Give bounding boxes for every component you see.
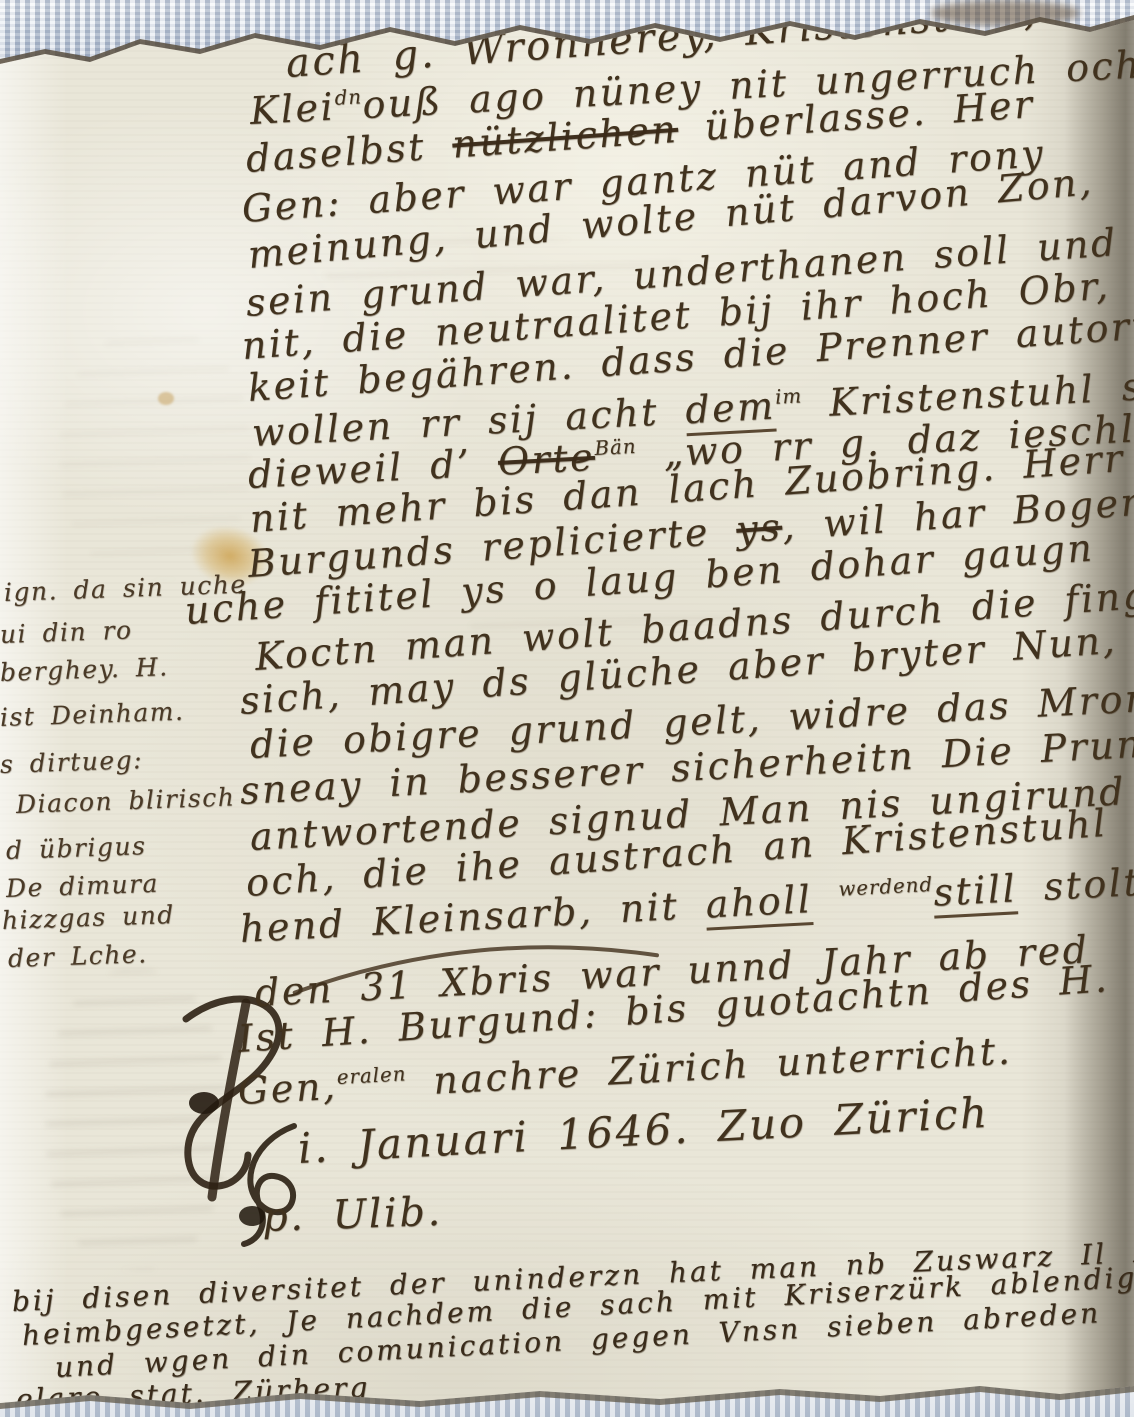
manuscript-scan: ach g. Wronnerey, Kristenstuhl, undKleid… [0,0,1134,1417]
bottom-notes-block: bij disen diversitet der uninderzn hat m… [0,0,1134,1417]
paper-sheet: ach g. Wronnerey, Kristenstuhl, undKleid… [0,0,1134,1417]
